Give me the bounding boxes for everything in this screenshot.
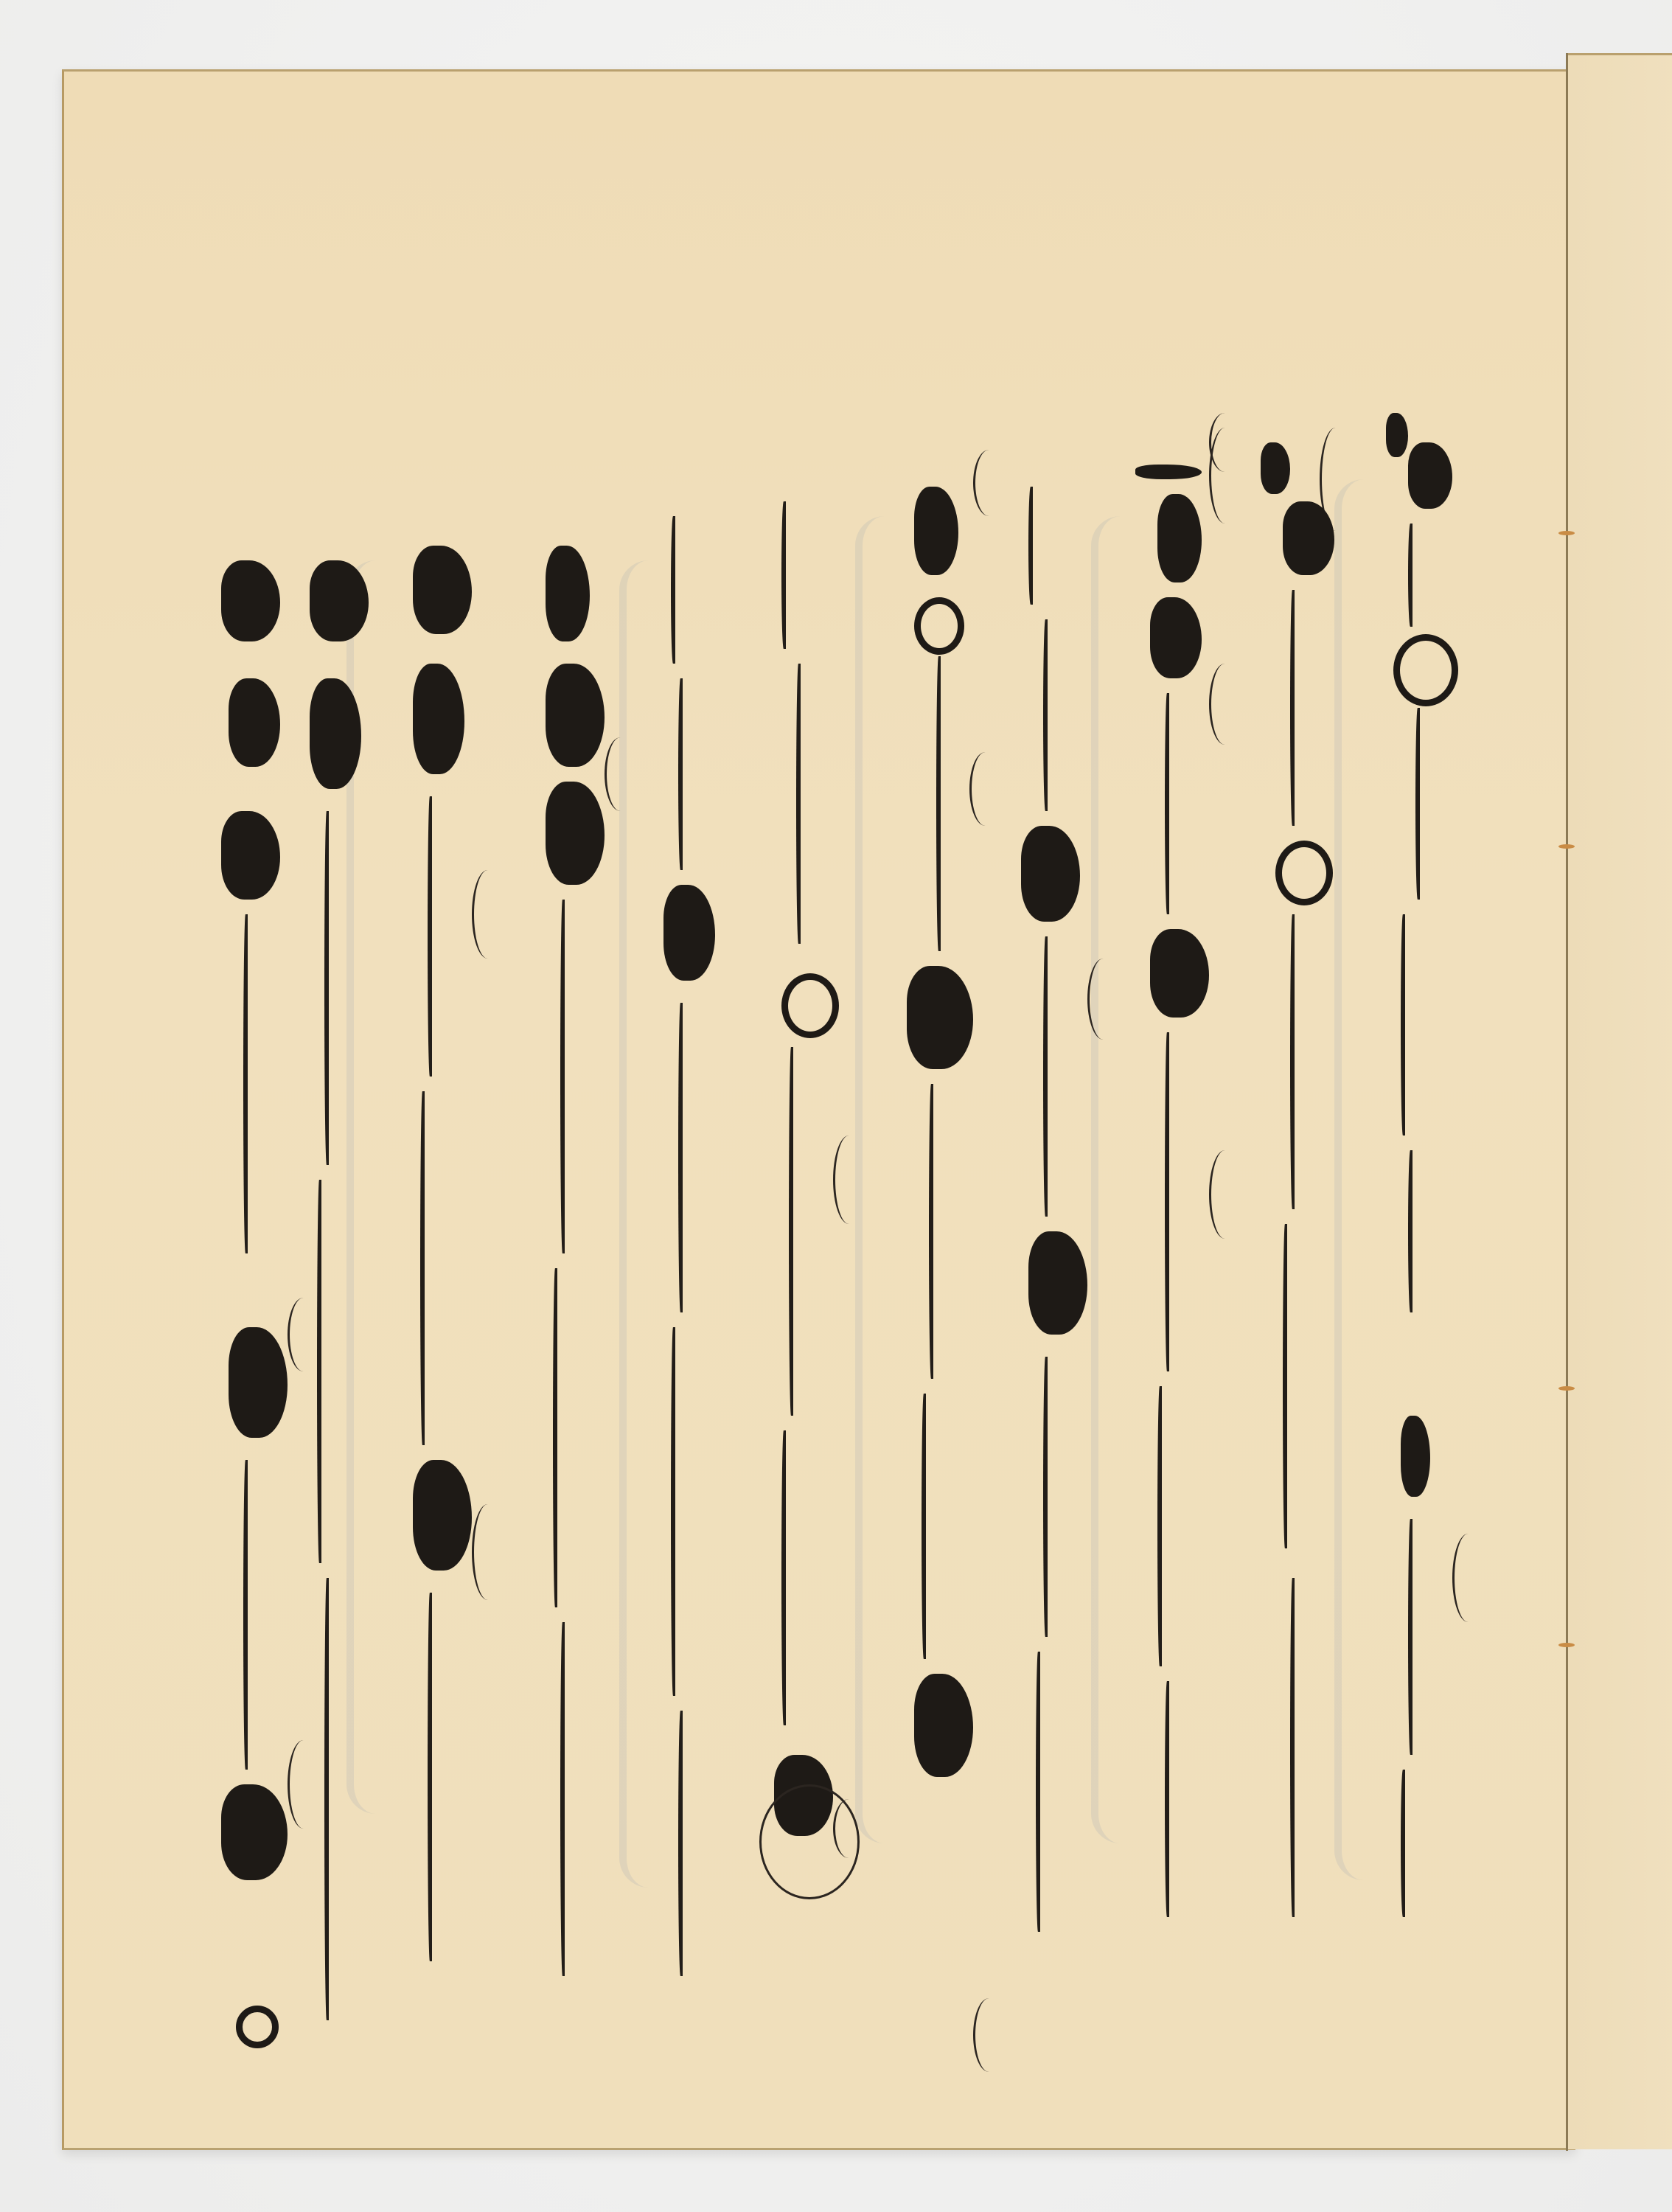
text-column-5 (892, 450, 980, 1954)
book-spine-fold (1566, 53, 1568, 2151)
furigana-gloss (833, 1135, 865, 1224)
text-column-7 (641, 472, 730, 1983)
furigana-gloss (1209, 413, 1241, 472)
furigana-gloss (605, 737, 636, 811)
furigana-gloss (1209, 664, 1241, 745)
text-column-4 (1006, 457, 1095, 1947)
furigana-gloss (288, 1298, 319, 1371)
text-column-1 (1371, 354, 1460, 1947)
furigana-gloss (472, 1504, 504, 1600)
text-column-8 (523, 516, 612, 1991)
furigana-gloss (973, 1998, 1005, 2072)
furigana-gloss (833, 1799, 865, 1858)
text-column-2 (1253, 398, 1342, 1939)
furigana-gloss (973, 450, 1005, 516)
furigana-gloss (1209, 1150, 1241, 1239)
furigana-gloss (472, 870, 504, 959)
binding-thread-mark (1558, 531, 1575, 535)
text-column-9 (391, 516, 479, 1983)
binding-thread-mark (1558, 1386, 1575, 1391)
manuscript-page-right-edge (1568, 53, 1672, 2149)
text-column-6 (752, 472, 840, 1954)
furigana-gloss (1087, 959, 1119, 1040)
binding-thread-mark (1558, 844, 1575, 849)
text-column-3 (1128, 413, 1216, 1939)
furigana-gloss (1452, 1534, 1484, 1622)
furigana-gloss (288, 1740, 319, 1829)
text-column-11 (206, 531, 295, 2050)
binding-thread-mark (1558, 1643, 1575, 1647)
